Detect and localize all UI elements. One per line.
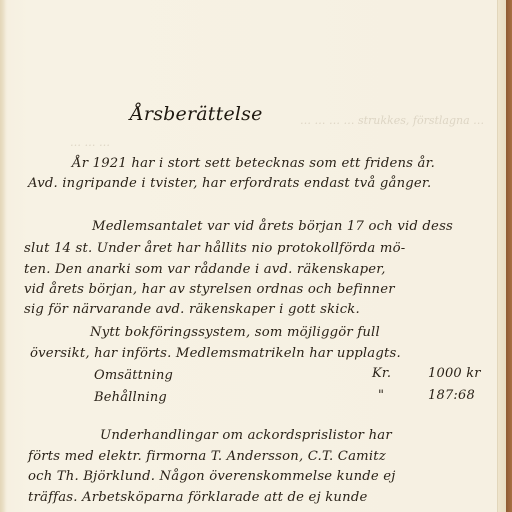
closing-line-3: och Th. Björklund. Någon överenskommelse…: [28, 469, 396, 484]
account-unit-balance: ": [378, 388, 384, 403]
paragraph-2-line-2: slut 14 st. Under året har hållits nio p…: [24, 241, 405, 256]
paragraph-3-line-1: Nytt bokföringssystem, som möjliggör ful…: [90, 325, 380, 340]
account-label-balance: Behållning: [94, 390, 167, 405]
account-label-turnover: Omsättning: [94, 368, 173, 383]
binding-gutter: [0, 0, 6, 512]
closing-line-2: förts med elektr. firmorna T. Andersson,…: [28, 449, 386, 464]
paragraph-1-line-1: År 1921 har i stort sett betecknas som e…: [72, 156, 435, 171]
paragraph-1-line-2: Avd. ingripande i tvister, har erfordrat…: [28, 176, 431, 191]
account-value-turnover: 1000 kr: [428, 366, 481, 381]
paragraph-2-line-3: ten. Den anarki som var rådande i avd. r…: [24, 262, 386, 277]
paragraph-2-line-5: sig för närvarande avd. räkenskaper i go…: [24, 302, 360, 317]
account-unit-turnover: Kr.: [372, 366, 391, 381]
paragraph-3-line-2: översikt, har införts. Medlemsmatrikeln …: [30, 346, 401, 361]
closing-line-4: träffas. Arbetsköparna förklarade att de…: [28, 490, 367, 505]
closing-line-1: Underhandlingar om ackordsprislistor har: [100, 428, 392, 443]
document-page: … … … … strukkes, förstlagna … … … … Års…: [0, 0, 497, 512]
account-value-balance: 187:68: [428, 388, 475, 403]
book-cover-edge: [506, 0, 512, 512]
paragraph-2-line-4: vid årets början, har av styrelsen ordna…: [24, 282, 395, 297]
bleed-through-text: … … …: [70, 136, 110, 149]
paragraph-2-line-1: Medlemsantalet var vid årets början 17 o…: [92, 219, 453, 234]
page-title: Årsberättelse: [130, 103, 263, 125]
bleed-through-text: … … … … strukkes, förstlagna …: [300, 114, 484, 127]
